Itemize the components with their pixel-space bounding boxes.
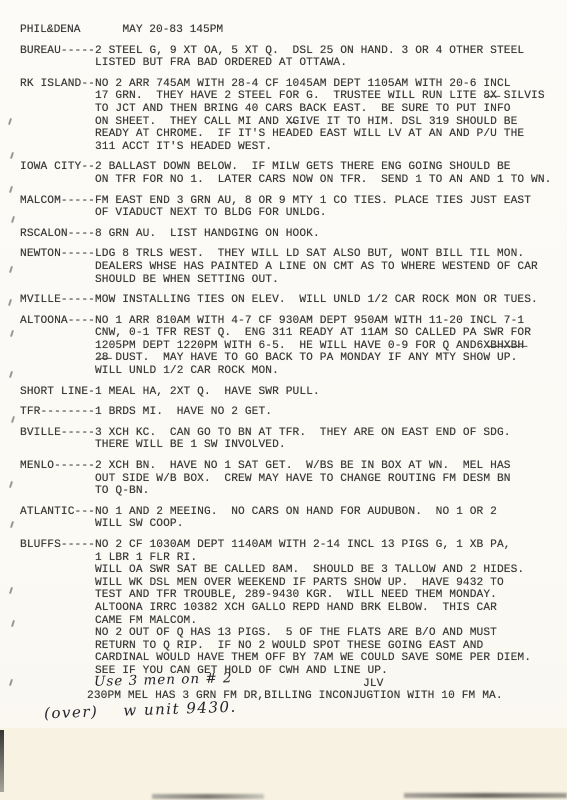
memo-line: ALTOONA----NO 1 ARR 810AM WITH 4-7 CF 93… xyxy=(20,315,550,328)
memo-line: SHOULD BE WHEN SETTING OUT. xyxy=(20,274,550,287)
memo-line: ATLANTIC---NO 1 AND 2 MEEING. NO CARS ON… xyxy=(20,506,550,519)
memo-line: WILL UNLD 1/2 CAR ROCK MON. xyxy=(20,365,550,378)
memo-line: THERE WILL BE 1 SW INVOLVED. xyxy=(20,439,550,452)
scanner-background xyxy=(0,728,567,800)
memo-body: BUREAU-----2 STEEL G, 9 XT OA, 5 XT Q. D… xyxy=(20,45,550,678)
memo-line: BVILLE-----3 XCH KC. CAN GO TO BN AT TFR… xyxy=(20,427,550,440)
memo-line: 1205PM DEPT 1220PM WITH 6-5. HE WILL HAV… xyxy=(20,340,550,353)
recipient-label: PHIL&DENA xyxy=(20,24,80,36)
memo-line: TO Q-BN. xyxy=(20,485,550,498)
memo-line: TEST AND TFR TROUBLE, 289-9430 KGR. WILL… xyxy=(20,589,550,602)
scan-smudge xyxy=(404,793,567,798)
scan-smudge xyxy=(152,794,264,799)
memo-line: RK ISLAND--NO 2 ARR 745AM WITH 28-4 CF 1… xyxy=(20,78,550,91)
memo-entry-rk-island: RK ISLAND--NO 2 ARR 745AM WITH 28-4 CF 1… xyxy=(20,78,550,154)
memo-entry-rscalon: RSCALON----8 GRN AU. LIST HANDGING ON HO… xyxy=(20,228,550,241)
memo-line: DEALERS WHSE HAS PAINTED A LINE ON CMT A… xyxy=(20,261,550,274)
memo-entry-bureau: BUREAU-----2 STEEL G, 9 XT OA, 5 XT Q. D… xyxy=(20,45,550,70)
memo-line: ON TFR FOR NO 1. LATER CARS NOW ON TFR. … xyxy=(20,174,550,187)
memo-line: NO 2 OUT OF Q HAS 13 PIGS. 5 OF THE FLAT… xyxy=(20,627,550,640)
memo-line: CAME FM MALCOM. xyxy=(20,615,550,628)
memo-header: PHIL&DENAMAY 20-83 145PM xyxy=(20,24,550,37)
memo-line: 17 GRN. THEY HAVE 2 STEEL FOR G. TRUSTEE… xyxy=(20,90,550,103)
date-stamp: MAY 20-83 145PM xyxy=(122,24,223,36)
memo-line: 2̶8̶ DUST. MAY HAVE TO GO BACK TO PA MON… xyxy=(20,352,550,365)
memo-line: WILL OA SWR SAT BE CALLED 8AM. SHOULD BE… xyxy=(20,564,550,577)
memo-line: RETURN TO Q RIP. IF NO 2 WOULD SPOT THES… xyxy=(20,640,550,653)
memo-line: READY AT CHROME. IF IT'S HEADED EAST WIL… xyxy=(20,128,550,141)
memo-line: ON SHEET. THEY CALL MI AND X̶GIVE IT TO … xyxy=(20,116,550,129)
typed-postscript: 230PM MEL HAS 3 GRN FM DR,BILLING INCONJ… xyxy=(20,690,550,703)
scan-edge-shadow xyxy=(0,730,4,792)
memo-entry-malcom: MALCOM-----FM EAST END 3 GRN AU, 8 OR 9 … xyxy=(20,195,550,220)
memo-entry-bluffs: BLUFFS-----NO 2 CF 1030AM DEPT 1140AM WI… xyxy=(20,539,550,678)
memo-line: RSCALON----8 GRN AU. LIST HANDGING ON HO… xyxy=(20,228,550,241)
memo-line: CARDINAL WOULD HAVE THEM OFF BY 7AM WE C… xyxy=(20,652,550,665)
memo-line: LISTED BUT FRA BAD ORDERED AT OTTAWA. xyxy=(20,57,550,70)
memo-line: BLUFFS-----NO 2 CF 1030AM DEPT 1140AM WI… xyxy=(20,539,550,552)
memo-line: 1 LBR 1 FLR RI. xyxy=(20,552,550,565)
memo-line: NEWTON-----LDG 8 TRLS WEST. THEY WILL LD… xyxy=(20,248,550,261)
memo-line: ALTOONA IRRC 10382 XCH GALLO REPD HAND B… xyxy=(20,602,550,615)
memo-line: OF VIADUCT NEXT TO BLDG FOR UNLDG. xyxy=(20,207,550,220)
memo-entry-iowa-city: IOWA CITY--2 BALLAST DOWN BELOW. IF MILW… xyxy=(20,161,550,186)
scanned-memo-page: PHIL&DENAMAY 20-83 145PM BUREAU-----2 ST… xyxy=(0,0,567,728)
memo-content: PHIL&DENAMAY 20-83 145PM BUREAU-----2 ST… xyxy=(20,24,550,703)
memo-line: TO JCT AND THEN BRING 40 CARS BACK EAST.… xyxy=(20,103,550,116)
memo-line: 311 ACCT IT'S HEADED WEST. xyxy=(20,141,550,154)
memo-line: MVILLE-----MOW INSTALLING TIES ON ELEV. … xyxy=(20,294,550,307)
memo-line: MALCOM-----FM EAST END 3 GRN AU, 8 OR 9 … xyxy=(20,195,550,208)
memo-line: CNW, 0-1 TFR REST Q. ENG 311 READY AT 11… xyxy=(20,327,550,340)
memo-entry-newton: NEWTON-----LDG 8 TRLS WEST. THEY WILL LD… xyxy=(20,248,550,286)
memo-entry-tfr: TFR--------1 BRDS MI. HAVE NO 2 GET. xyxy=(20,406,550,419)
memo-line: MENLO------2 XCH BN. HAVE NO 1 SAT GET. … xyxy=(20,460,550,473)
memo-line: WILL SW COOP. xyxy=(20,518,550,531)
memo-entry-atlantic: ATLANTIC---NO 1 AND 2 MEEING. NO CARS ON… xyxy=(20,506,550,531)
memo-line: TFR--------1 BRDS MI. HAVE NO 2 GET. xyxy=(20,406,550,419)
memo-entry-altoona: ALTOONA----NO 1 ARR 810AM WITH 4-7 CF 93… xyxy=(20,315,550,378)
memo-line: WILL WK DSL MEN OVER WEEKEND IF PARTS SH… xyxy=(20,577,550,590)
memo-line: OUT SIDE W/B BOX. CREW MAY HAVE TO CHANG… xyxy=(20,473,550,486)
memo-line: BUREAU-----2 STEEL G, 9 XT OA, 5 XT Q. D… xyxy=(20,45,550,58)
memo-entry-menlo: MENLO------2 XCH BN. HAVE NO 1 SAT GET. … xyxy=(20,460,550,498)
memo-line: IOWA CITY--2 BALLAST DOWN BELOW. IF MILW… xyxy=(20,161,550,174)
memo-entry-bville: BVILLE-----3 XCH KC. CAN GO TO BN AT TFR… xyxy=(20,427,550,452)
memo-entry-mville: MVILLE-----MOW INSTALLING TIES ON ELEV. … xyxy=(20,294,550,307)
memo-line: SHORT LINE-1 MEAL HA, 2XT Q. HAVE SWR PU… xyxy=(20,386,550,399)
memo-entry-short-line: SHORT LINE-1 MEAL HA, 2XT Q. HAVE SWR PU… xyxy=(20,386,550,399)
